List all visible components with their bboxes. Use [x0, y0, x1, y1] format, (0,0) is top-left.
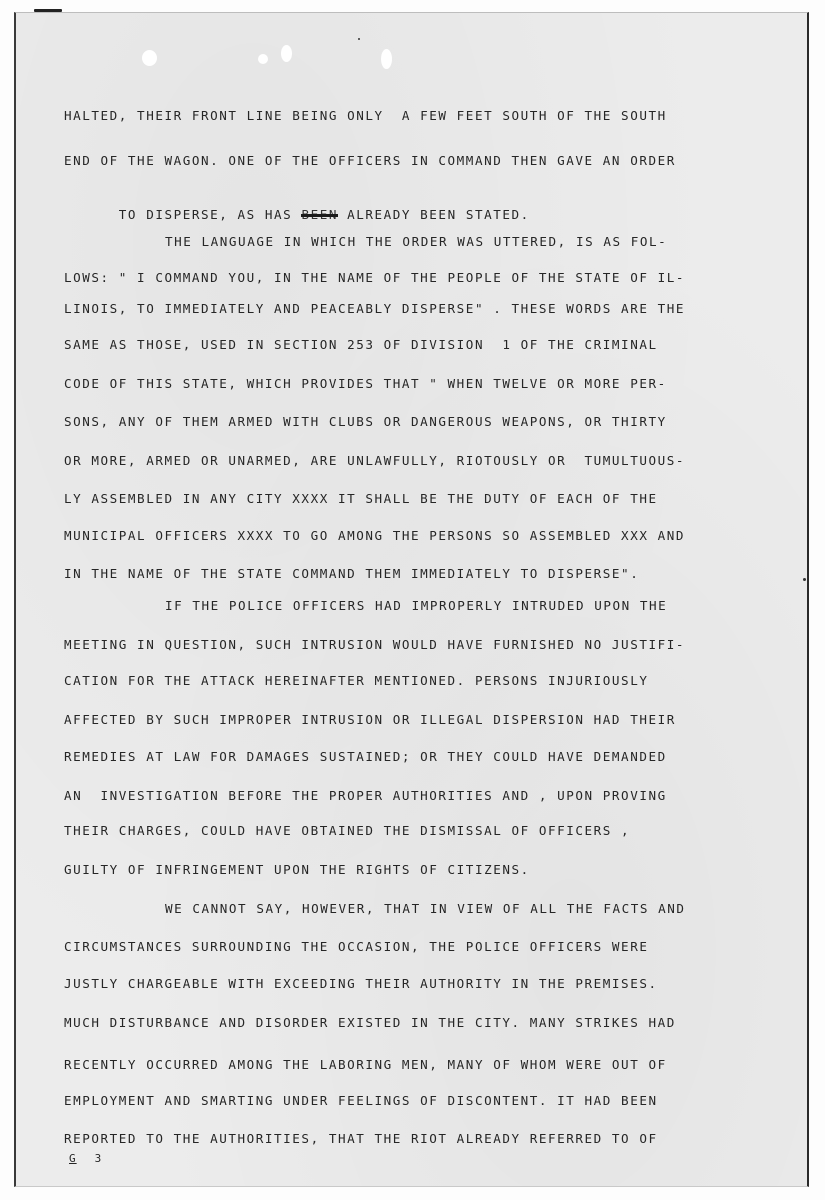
paragraph-start: IF THE POLICE OFFICERS HAD IMPROPERLY IN… — [165, 598, 667, 614]
text-line: LINOIS, TO IMMEDIATELY AND PEACEABLY DIS… — [64, 301, 685, 317]
text-segment: TO DISPERSE, AS HAS — [119, 207, 302, 222]
text-line: THEIR CHARGES, COULD HAVE OBTAINED THE D… — [64, 823, 630, 839]
text-line: AN INVESTIGATION BEFORE THE PROPER AUTHO… — [64, 788, 667, 804]
page-speck — [358, 38, 360, 40]
struck-word: BEEN — [301, 207, 338, 222]
punch-hole — [142, 50, 157, 66]
text-line: EMPLOYMENT AND SMARTING UNDER FEELINGS O… — [64, 1093, 658, 1109]
paragraph-start: WE CANNOT SAY, HOWEVER, THAT IN VIEW OF … — [165, 901, 686, 917]
text-line: MUNICIPAL OFFICERS XXXX TO GO AMONG THE … — [64, 528, 685, 544]
text-line: CODE OF THIS STATE, WHICH PROVIDES THAT … — [64, 376, 667, 392]
text-line: CATION FOR THE ATTACK HEREINAFTER MENTIO… — [64, 673, 648, 689]
text-line: GUILTY OF INFRINGEMENT UPON THE RIGHTS O… — [64, 862, 530, 878]
text-line: AFFECTED BY SUCH IMPROPER INTRUSION OR I… — [64, 712, 676, 728]
text-line: OR MORE, ARMED OR UNARMED, ARE UNLAWFULL… — [64, 453, 685, 469]
typist-initial: G — [69, 1152, 77, 1165]
text-line: REMEDIES AT LAW FOR DAMAGES SUSTAINED; O… — [64, 749, 667, 765]
text-line: SONS, ANY OF THEM ARMED WITH CLUBS OR DA… — [64, 414, 667, 430]
strikeout-mark — [301, 214, 338, 217]
page-number: 3 — [95, 1152, 103, 1165]
punch-hole — [258, 54, 268, 64]
text-line: JUSTLY CHARGEABLE WITH EXCEEDING THEIR A… — [64, 976, 658, 992]
text-line: SAME AS THOSE, USED IN SECTION 253 OF DI… — [64, 337, 658, 353]
text-line: LOWS: " I COMMAND YOU, IN THE NAME OF TH… — [64, 270, 685, 286]
page-footer: G3 — [69, 1152, 102, 1165]
page-speck — [803, 578, 806, 581]
text-line: LY ASSEMBLED IN ANY CITY XXXX IT SHALL B… — [64, 491, 658, 507]
text-line: TO DISPERSE, AS HAS BEEN ALREADY BEEN ST… — [64, 191, 530, 239]
text-line: MUCH DISTURBANCE AND DISORDER EXISTED IN… — [64, 1015, 676, 1031]
paragraph-start: THE LANGUAGE IN WHICH THE ORDER WAS UTTE… — [165, 234, 667, 250]
punch-hole — [281, 45, 292, 62]
text-line: END OF THE WAGON. ONE OF THE OFFICERS IN… — [64, 153, 676, 169]
text-line: RECENTLY OCCURRED AMONG THE LABORING MEN… — [64, 1057, 667, 1073]
text-line: REPORTED TO THE AUTHORITIES, THAT THE RI… — [64, 1131, 658, 1147]
punch-hole — [381, 49, 392, 69]
text-segment: ALREADY BEEN STATED. — [338, 207, 530, 222]
text-line: IN THE NAME OF THE STATE COMMAND THEM IM… — [64, 566, 639, 582]
text-line: MEETING IN QUESTION, SUCH INTRUSION WOUL… — [64, 637, 685, 653]
text-line: HALTED, THEIR FRONT LINE BEING ONLY A FE… — [64, 108, 667, 124]
scanned-document: HALTED, THEIR FRONT LINE BEING ONLY A FE… — [0, 0, 825, 1200]
text-line: CIRCUMSTANCES SURROUNDING THE OCCASION, … — [64, 939, 648, 955]
